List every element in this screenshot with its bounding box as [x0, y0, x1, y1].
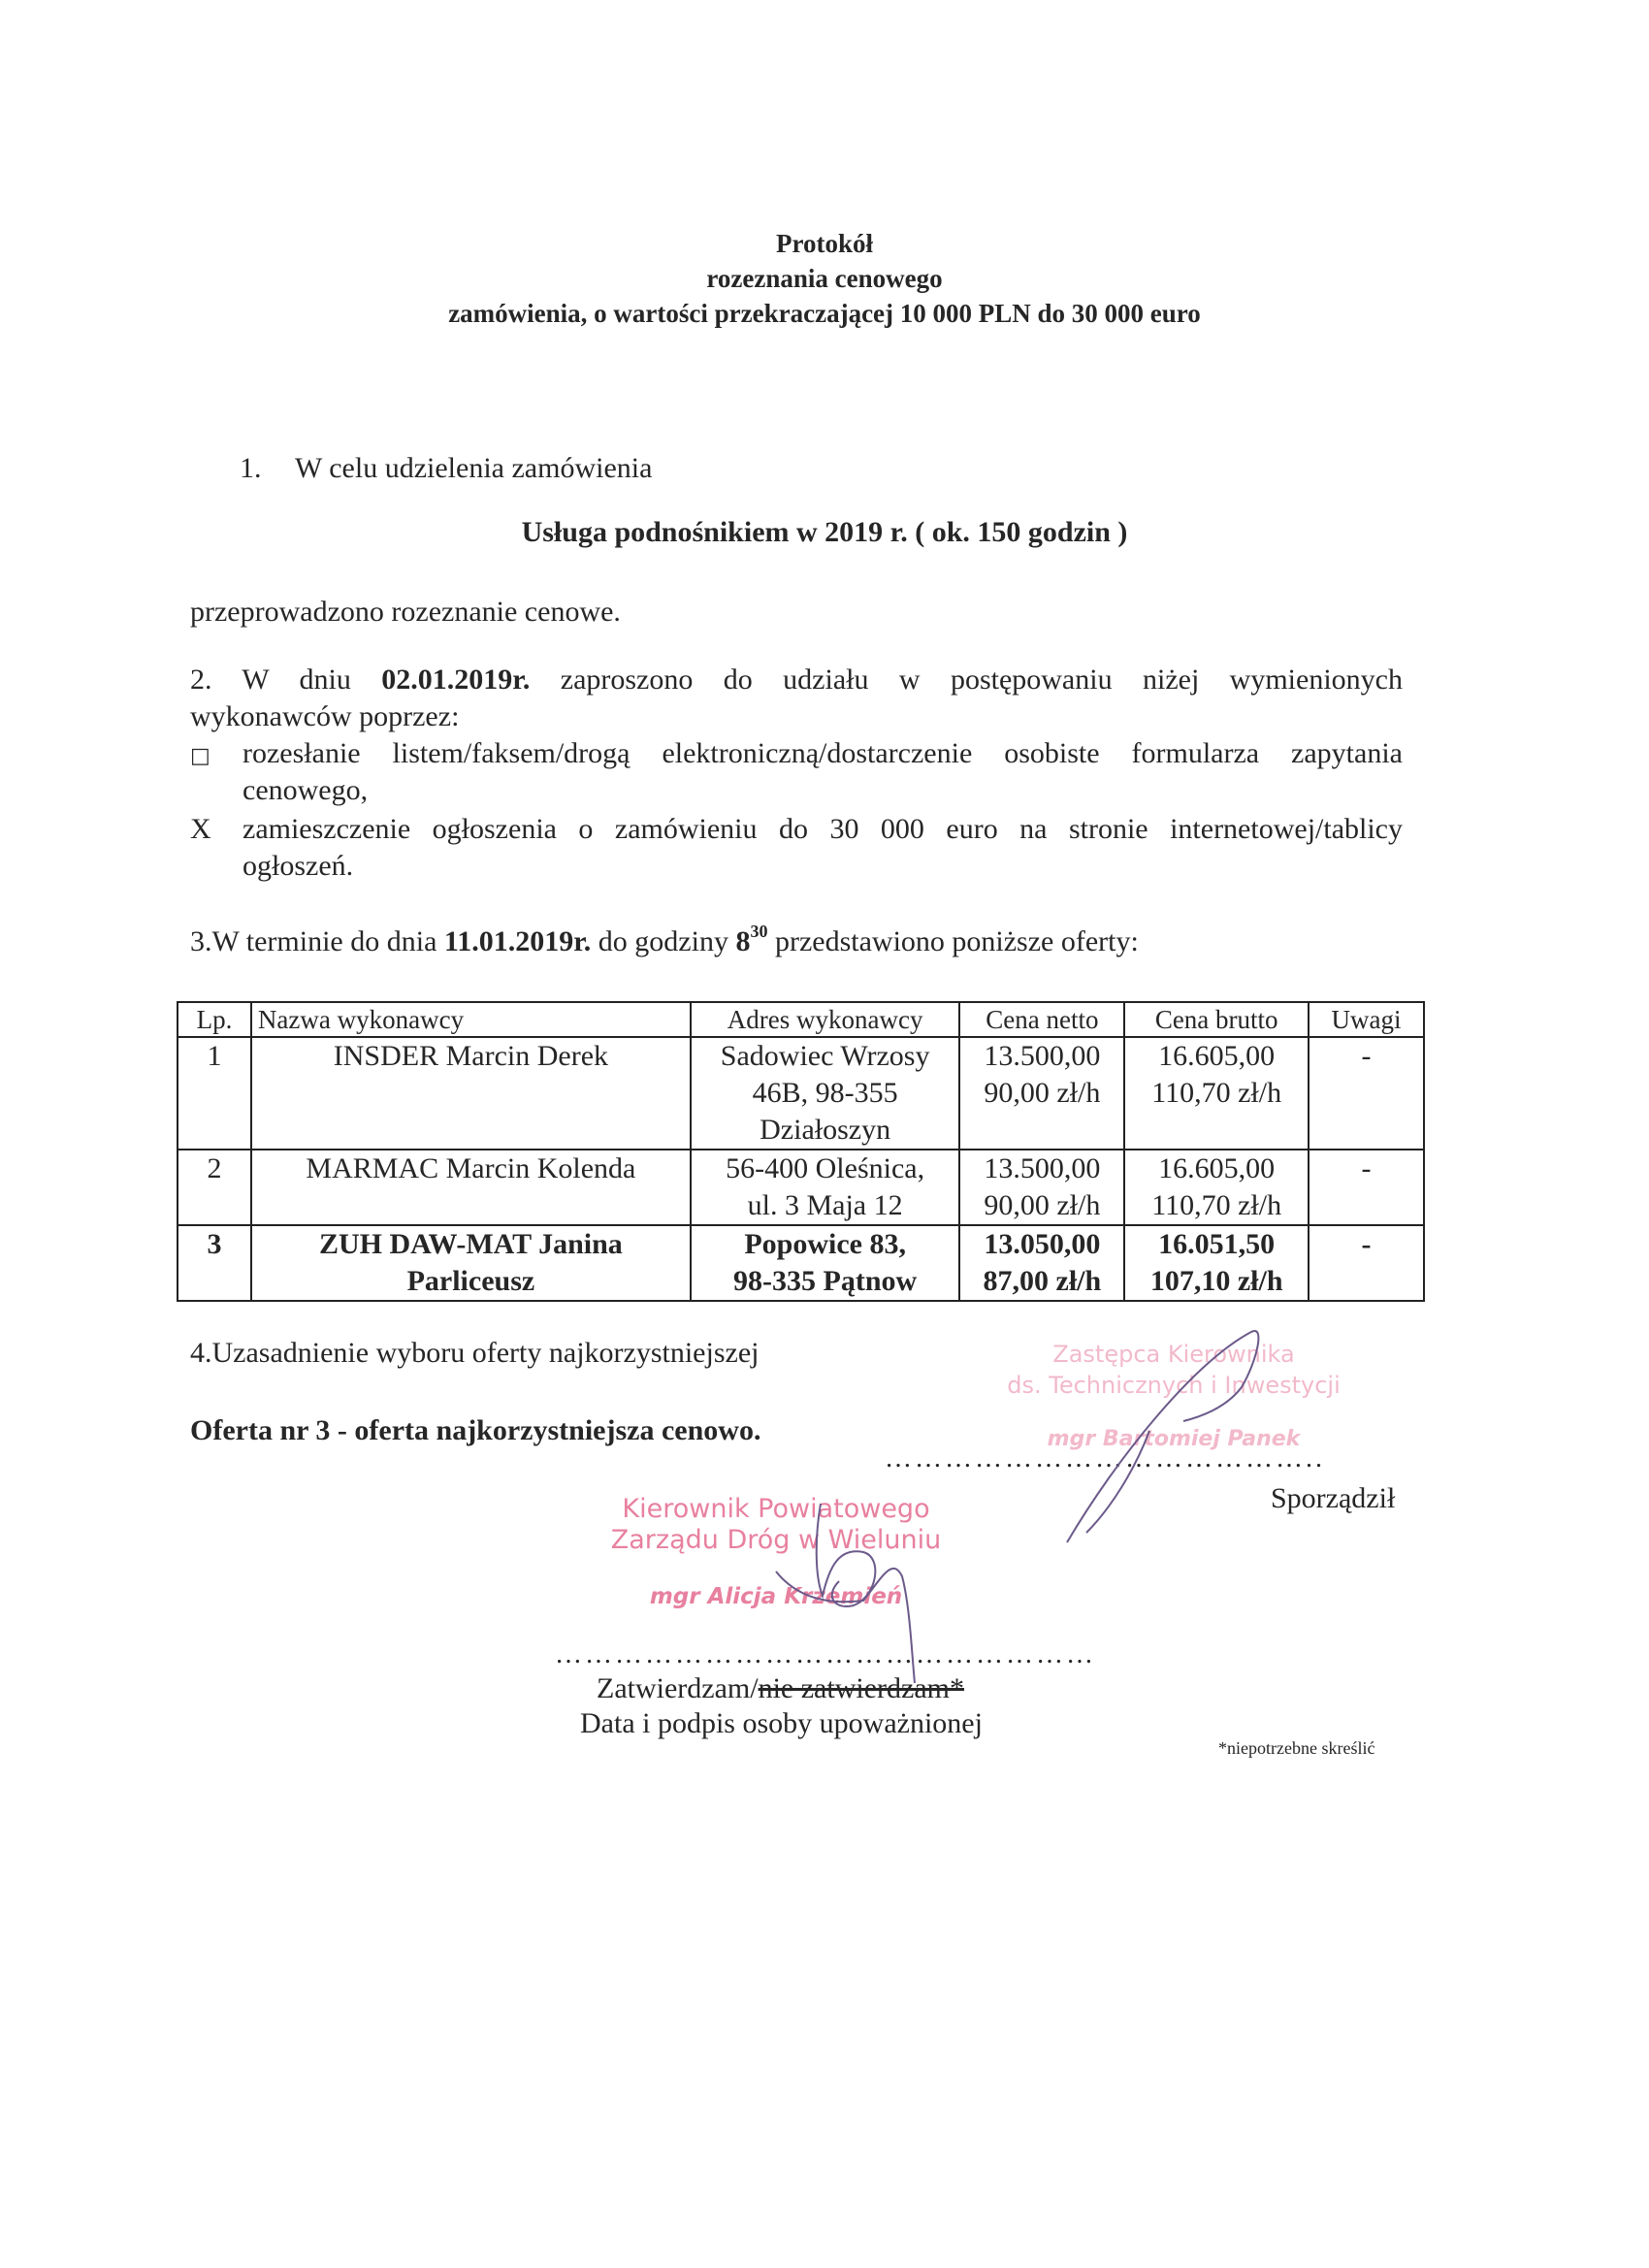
- section1-number: 1.: [240, 452, 262, 484]
- option-2-line2: ogłoszeń.: [242, 848, 353, 885]
- prepared-label: Sporządził: [1271, 1480, 1395, 1517]
- option-1-line2: cenowego,: [242, 772, 368, 809]
- option-2-marker[interactable]: X: [190, 811, 211, 848]
- cell-lp: 3: [178, 1225, 251, 1301]
- cell-name: ZUH DAW-MAT JaninaParliceusz: [251, 1225, 691, 1301]
- option-1-marker[interactable]: □: [190, 735, 210, 775]
- cell-address-line: Sadowiec Wrzosy: [697, 1038, 954, 1075]
- cell-netto-line: 13.500,00: [966, 1150, 1117, 1187]
- cell-name-line: ZUH DAW-MAT Janina: [258, 1226, 684, 1263]
- cell-name-line: MARMAC Marcin Kolenda: [258, 1150, 684, 1187]
- footnote: *niepotrzebne skreślić: [1218, 1738, 1374, 1759]
- approve-caption: Data i podpis osoby upoważnionej: [580, 1705, 983, 1742]
- table-row: 2MARMAC Marcin Kolenda56-400 Oleśnica,ul…: [178, 1150, 1424, 1225]
- document-title: Protokół: [0, 225, 1649, 262]
- cell-brutto-line: 110,70 zł/h: [1131, 1075, 1302, 1112]
- cell-address: 56-400 Oleśnica,ul. 3 Maja 12: [691, 1150, 960, 1225]
- approve-signature-line: ………………………………………………: [555, 1639, 1096, 1670]
- cell-netto-line: 90,00 zł/h: [966, 1187, 1117, 1224]
- section3-line: 3.W terminie do dnia 11.01.2019r. do god…: [190, 923, 1139, 960]
- cell-uwagi: -: [1309, 1150, 1424, 1225]
- table-row: 1INSDER Marcin DerekSadowiec Wrzosy46B, …: [178, 1037, 1424, 1150]
- section4-heading: 4.Uzasadnienie wyboru oferty najkorzystn…: [190, 1335, 759, 1372]
- cell-name-line: INSDER Marcin Derek: [258, 1038, 684, 1075]
- cell-brutto-line: 16.605,00: [1131, 1150, 1302, 1187]
- document-subtitle: rozeznania cenowego: [0, 260, 1649, 297]
- header-address: Adres wykonawcy: [691, 1002, 960, 1037]
- cell-address-line: 56-400 Oleśnica,: [697, 1150, 954, 1187]
- section1-subject: Usługa podnośnikiem w 2019 r. ( ok. 150 …: [0, 514, 1649, 551]
- section3-hour: 8: [735, 925, 750, 957]
- cell-brutto: 16.605,00110,70 zł/h: [1124, 1037, 1309, 1150]
- cell-netto: 13.050,0087,00 zł/h: [959, 1225, 1124, 1301]
- section4-result: Oferta nr 3 - oferta najkorzystniejsza c…: [190, 1412, 760, 1449]
- header-netto: Cena netto: [959, 1002, 1124, 1037]
- checkbox-empty-icon: □: [190, 744, 210, 768]
- cell-uwagi: -: [1309, 1225, 1424, 1301]
- table-header-row: Lp. Nazwa wykonawcy Adres wykonawcy Cena…: [178, 1002, 1424, 1037]
- header-lp: Lp.: [178, 1002, 251, 1037]
- section2-line1: 2. W dniu 02.01.2019r. zaproszono do udz…: [190, 662, 1403, 698]
- cell-netto-line: 90,00 zł/h: [966, 1075, 1117, 1112]
- cell-lp: 1: [178, 1037, 251, 1150]
- header-uwagi: Uwagi: [1309, 1002, 1424, 1037]
- cell-netto-line: 13.050,00: [966, 1226, 1117, 1263]
- cell-uwagi: -: [1309, 1037, 1424, 1150]
- cell-netto-line: 13.500,00: [966, 1038, 1117, 1075]
- cell-address-line: Popowice 83,: [697, 1226, 954, 1263]
- cell-brutto: 16.605,00110,70 zł/h: [1124, 1150, 1309, 1225]
- approve-decision: Zatwierdzam/nie zatwierdzam*: [597, 1670, 964, 1707]
- cell-lp: 2: [178, 1150, 251, 1225]
- section1-intro: W celu udzielenia zamówienia: [295, 452, 652, 484]
- cell-address-line: ul. 3 Maja 12: [697, 1187, 954, 1224]
- approve-struck-label: nie zatwierdzam*: [759, 1672, 964, 1704]
- section3-middle: do godziny: [598, 925, 728, 957]
- section3-minutes: 30: [750, 922, 767, 941]
- cell-address: Popowice 83,98-335 Pątnow: [691, 1225, 960, 1301]
- header-name: Nazwa wykonawcy: [251, 1002, 691, 1037]
- cell-address-line: Działoszyn: [697, 1112, 954, 1149]
- cell-address-line: 98-335 Pątnow: [697, 1263, 954, 1300]
- approve-label: Zatwierdzam/: [597, 1672, 759, 1704]
- cell-address: Sadowiec Wrzosy46B, 98-355Działoszyn: [691, 1037, 960, 1150]
- cell-brutto: 16.051,50107,10 zł/h: [1124, 1225, 1309, 1301]
- section3-date: 11.01.2019r.: [444, 925, 591, 957]
- section2-line1-rest: zaproszono do udziału w postępowaniu niż…: [561, 664, 1403, 696]
- section2-date: 02.01.2019r.: [381, 664, 530, 696]
- section2-line2: wykonawców poprzez:: [190, 698, 459, 735]
- option-1-line1: rozesłanie listem/faksem/drogą elektroni…: [242, 735, 1403, 772]
- cell-netto: 13.500,0090,00 zł/h: [959, 1150, 1124, 1225]
- table-row: 3ZUH DAW-MAT JaninaParliceuszPopowice 83…: [178, 1225, 1424, 1301]
- cell-name-line: Parliceusz: [258, 1263, 684, 1300]
- cell-netto: 13.500,0090,00 zł/h: [959, 1037, 1124, 1150]
- header-brutto: Cena brutto: [1124, 1002, 1309, 1037]
- section1-outro: przeprowadzono rozeznanie cenowe.: [190, 594, 621, 631]
- cell-brutto-line: 110,70 zł/h: [1131, 1187, 1302, 1224]
- section3-suffix: przedstawiono poniższe oferty:: [775, 925, 1139, 957]
- section1-line: 1. W celu udzielenia zamówienia: [240, 450, 652, 487]
- cell-brutto-line: 16.605,00: [1131, 1038, 1302, 1075]
- option-2-line1: zamieszczenie ogłoszenia o zamówieniu do…: [242, 811, 1403, 848]
- cell-address-line: 46B, 98-355: [697, 1075, 954, 1112]
- section2-prefix: 2. W dniu: [190, 664, 351, 696]
- cell-name: MARMAC Marcin Kolenda: [251, 1150, 691, 1225]
- prepared-signature-icon: [1057, 1324, 1280, 1547]
- document-subtitle-2: zamówienia, o wartości przekraczającej 1…: [0, 295, 1649, 332]
- section3-prefix: 3.W terminie do dnia: [190, 925, 436, 957]
- offers-table: Lp. Nazwa wykonawcy Adres wykonawcy Cena…: [177, 1001, 1425, 1302]
- cell-name: INSDER Marcin Derek: [251, 1037, 691, 1150]
- cell-brutto-line: 16.051,50: [1131, 1226, 1302, 1263]
- cell-netto-line: 87,00 zł/h: [966, 1263, 1117, 1300]
- cell-brutto-line: 107,10 zł/h: [1131, 1263, 1302, 1300]
